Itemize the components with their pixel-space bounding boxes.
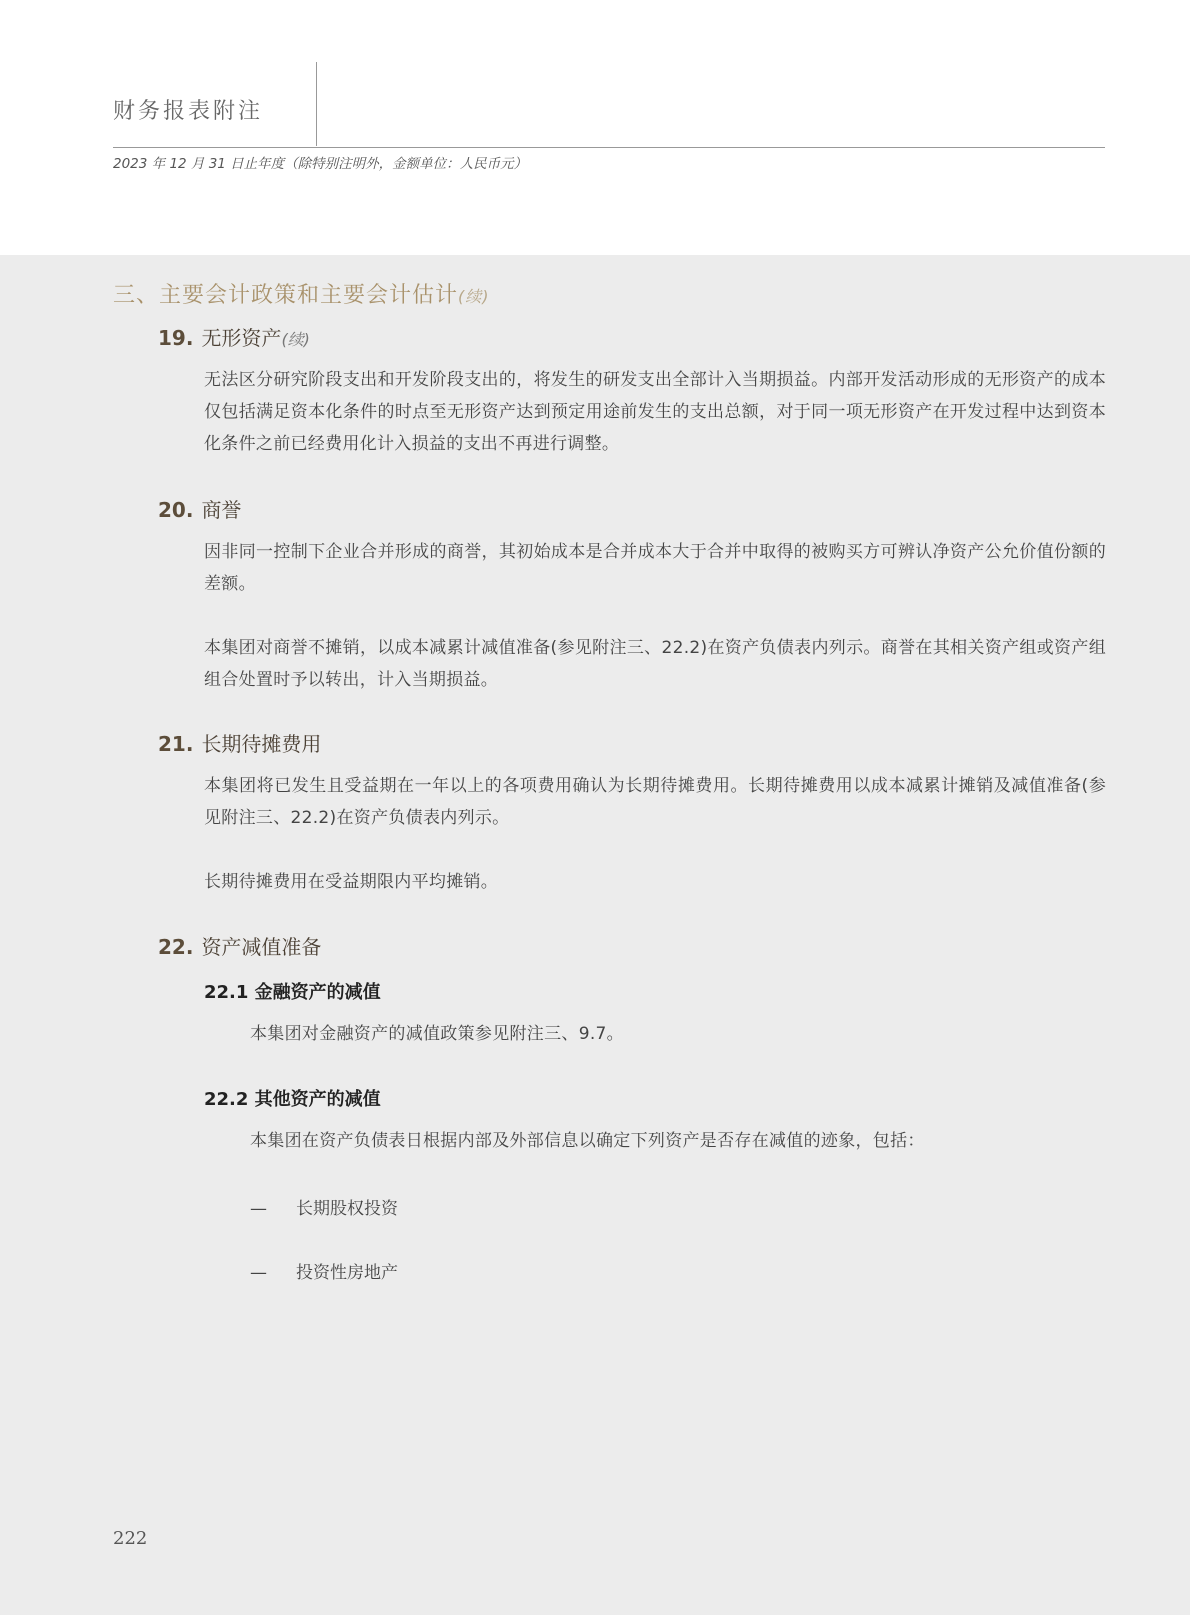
heading-text: 商誉 [201, 498, 241, 522]
page-number: 222 [113, 1528, 147, 1549]
bullet-item: —长期股权投资 [250, 1194, 398, 1219]
header-title: 财务报表附注 [113, 94, 263, 125]
heading-text: 长期待摊费用 [201, 732, 321, 756]
paragraph: 本集团对商誉不摊销，以成本减累计减值准备(参见附注三、22.2)在资产负债表内列… [204, 632, 1106, 696]
bullet-text: 投资性房地产 [296, 1263, 398, 1283]
heading-text: 资产减值准备 [201, 935, 321, 959]
page-header: 财务报表附注 2023 年 12 月 31 日止年度（除特别注明外，金额单位：人… [0, 0, 1190, 255]
bullet-marker: — [250, 1263, 296, 1283]
heading-number: 19. [158, 326, 193, 350]
paragraph: 无法区分研究阶段支出和开发阶段支出的，将发生的研发支出全部计入当期损益。内部开发… [204, 364, 1106, 460]
header-subtitle: 2023 年 12 月 31 日止年度（除特别注明外，金额单位：人民币元） [113, 152, 527, 172]
heading-21: 21.长期待摊费用 [158, 728, 321, 757]
bullet-item: —投资性房地产 [250, 1258, 398, 1283]
subheading-22-1: 22.1 金融资产的减值 [204, 978, 381, 1004]
subheading-22-2: 22.2 其他资产的减值 [204, 1085, 381, 1111]
bullet-text: 长期股权投资 [296, 1199, 398, 1219]
heading-number: 21. [158, 732, 193, 756]
heading-continued: (续) [281, 330, 310, 349]
heading-number: 20. [158, 498, 193, 522]
heading-text: 无形资产 [201, 326, 281, 350]
paragraph: 本集团在资产负债表日根据内部及外部信息以确定下列资产是否存在减值的迹象，包括： [250, 1125, 1110, 1157]
bullet-marker: — [250, 1199, 296, 1219]
header-horizontal-divider [113, 147, 1105, 148]
section-title-text: 三、主要会计政策和主要会计估计 [113, 283, 458, 308]
heading-22: 22.资产减值准备 [158, 931, 321, 960]
paragraph: 本集团将已发生且受益期在一年以上的各项费用确认为长期待摊费用。长期待摊费用以成本… [204, 770, 1106, 834]
heading-19: 19.无形资产(续) [158, 322, 310, 351]
section-title: 三、主要会计政策和主要会计估计(续) [113, 278, 490, 309]
paragraph: 因非同一控制下企业合并形成的商誉，其初始成本是合并成本大于合并中取得的被购买方可… [204, 536, 1106, 600]
paragraph: 长期待摊费用在受益期限内平均摊销。 [204, 866, 1106, 898]
paragraph: 本集团对金融资产的减值政策参见附注三、9.7。 [250, 1018, 1110, 1050]
heading-number: 22. [158, 935, 193, 959]
header-vertical-divider [316, 62, 317, 146]
heading-20: 20.商誉 [158, 494, 241, 523]
section-continued: (续) [458, 287, 490, 306]
